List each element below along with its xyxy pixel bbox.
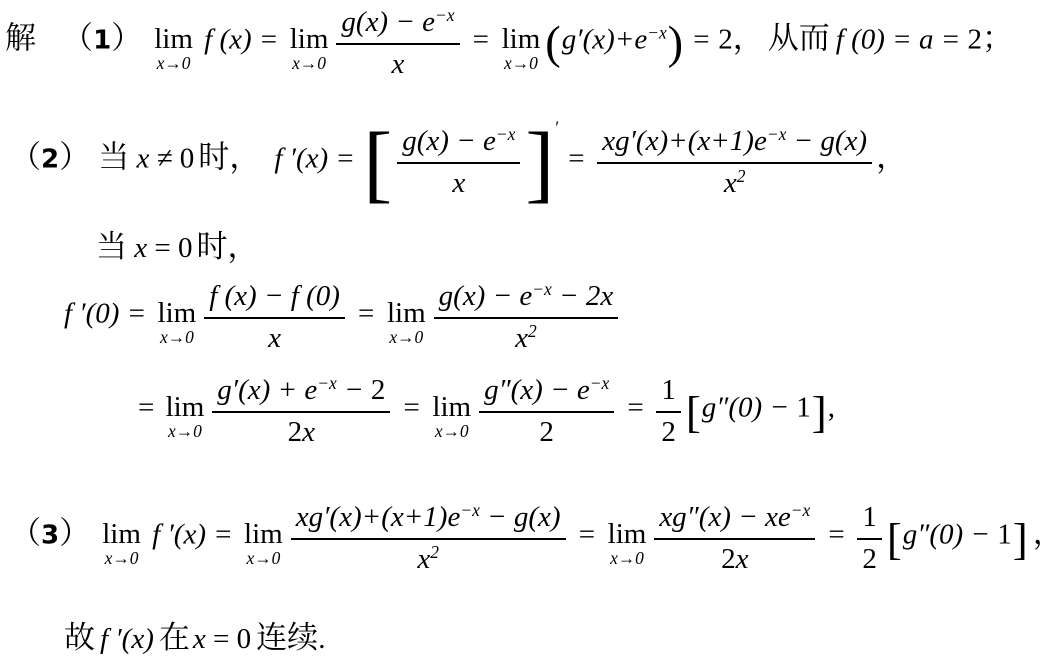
roman-run: 2 <box>968 24 983 56</box>
math-run: g′(x) + e <box>217 374 317 406</box>
math-run: x <box>417 543 430 575</box>
fraction: f (x) − f (0)x <box>204 278 345 355</box>
formula-content: 解（1）limx→0 f (x) = limx→0g(x) − e−xx = l… <box>5 3 1013 80</box>
superscript: −x <box>460 500 479 520</box>
fraction-numerator: g″(x) − e−x <box>479 372 614 413</box>
cjk-text: 时， <box>198 140 260 175</box>
math-run: = <box>394 392 428 424</box>
cjk-text: （ <box>62 21 93 56</box>
cjk-text: 当 <box>96 229 127 264</box>
solution-line-2: （2）当 x ≠ 0时，f ′(x) = [g(x) − e−xx]′ = xg… <box>10 111 907 211</box>
math-run: f (x) = <box>197 24 286 56</box>
superscript: 2 <box>737 166 746 186</box>
math-run: f ′(x) <box>100 623 154 655</box>
formula-content: 故f ′(x)在x = 0连续. <box>64 612 325 657</box>
limit-operator: limx→0 <box>432 394 471 440</box>
fraction-denominator: x2 <box>597 164 872 201</box>
math-run: x <box>724 167 737 199</box>
limit-operator: limx→0 <box>244 521 283 567</box>
math-run: xg′(x)+(x+1)e <box>296 501 461 533</box>
document-page: { "page": { "width": 1060, "height": 665… <box>0 0 1060 665</box>
limit-subscript: x→0 <box>502 54 541 72</box>
math-run: g(x) − e <box>439 280 533 312</box>
limit-operator: limx→0 <box>608 521 647 567</box>
roman-run: 2 <box>371 374 386 406</box>
roman-run: 2 <box>539 416 554 448</box>
superscript: −x <box>532 279 551 299</box>
roman-run: = <box>138 392 162 424</box>
fraction-denominator: 2x <box>212 413 390 450</box>
roman-run: 2 <box>721 543 736 575</box>
limit-subscript: x→0 <box>244 549 283 567</box>
math-run: g′(x)+e <box>562 24 647 56</box>
math-run: x <box>515 322 528 354</box>
cjk-text: ， <box>733 21 764 56</box>
math-run: = <box>559 143 593 175</box>
roman-run: 1 <box>997 519 1012 551</box>
math-run: − g(x) <box>786 125 867 157</box>
math-run: g(x) − e <box>341 6 435 38</box>
fraction: xg″(x) − xe−x2x <box>654 499 815 576</box>
limit-operator: limx→0 <box>166 394 205 440</box>
limit-subscript: x→0 <box>102 549 141 567</box>
math-run: x <box>302 416 315 448</box>
roman-run: 1 <box>661 374 676 406</box>
fraction: g(x) − e−xx <box>336 4 459 81</box>
roman-run: = 0 <box>154 232 192 264</box>
limit-word: lim <box>608 521 647 549</box>
limit-word: lim <box>432 394 471 422</box>
math-run: x <box>736 543 749 575</box>
roman-run: 1 <box>862 501 877 533</box>
cjk-text: 连续 <box>256 620 318 655</box>
fraction: xg′(x)+(x+1)e−x − g(x)x2 <box>291 499 566 576</box>
limit-word: lim <box>290 26 329 54</box>
math-run: x <box>193 623 213 655</box>
roman-run: 2 <box>862 543 877 575</box>
limit-operator: limx→0 <box>502 26 541 72</box>
math-run: x <box>392 48 405 80</box>
fraction-denominator: x2 <box>434 319 619 356</box>
limit-word: lim <box>166 394 205 422</box>
fraction: g(x) − e−xx <box>397 123 520 200</box>
fraction-numerator: xg′(x)+(x+1)e−x − g(x) <box>291 499 566 540</box>
fraction-denominator: x <box>336 45 459 82</box>
math-run: = <box>684 24 718 56</box>
roman-run: 2 <box>718 24 733 56</box>
fraction-denominator: x <box>204 319 345 356</box>
fraction-denominator: 2x <box>654 540 815 577</box>
limit-word: lim <box>102 521 141 549</box>
roman-run: 0 <box>180 143 195 175</box>
limit-operator: limx→0 <box>387 300 426 346</box>
cjk-text: ， <box>876 140 907 175</box>
solution-line-5: = limx→0g′(x) + e−x − 22x = limx→0g″(x) … <box>138 364 835 456</box>
roman-run: 1 <box>796 392 811 424</box>
math-run: xg′(x)+(x+1)e <box>602 125 767 157</box>
math-run: f (0) = a = <box>836 24 968 56</box>
superscript: −x <box>767 124 786 144</box>
math-run: − 2x <box>552 280 613 312</box>
math-run: g(x) − e <box>402 125 496 157</box>
math-run: = <box>570 519 604 551</box>
cjk-text: 在 <box>159 620 190 655</box>
fraction-numerator: xg′(x)+(x+1)e−x − g(x) <box>597 123 872 164</box>
limit-word: lim <box>244 521 283 549</box>
math-run: = <box>618 392 652 424</box>
limit-word: lim <box>158 300 197 328</box>
math-run: x <box>452 167 465 199</box>
roman-run: = 0 <box>213 623 251 655</box>
limit-operator: limx→0 <box>154 26 193 72</box>
solution-line-3: 当 x = 0时， <box>96 222 259 264</box>
math-run: = <box>464 24 498 56</box>
fraction: g′(x) + e−x − 22x <box>212 372 390 449</box>
cjk-text: ） <box>59 140 90 175</box>
roman-run: . <box>318 623 325 655</box>
limit-subscript: x→0 <box>154 54 193 72</box>
fraction-denominator: 2 <box>857 540 882 577</box>
limit-operator: limx→0 <box>290 26 329 72</box>
item-number: 3 <box>41 521 59 551</box>
math-run: x ≠ <box>129 143 180 175</box>
fraction-numerator: 1 <box>656 372 681 413</box>
item-number: 2 <box>41 145 59 175</box>
superscript: −x <box>496 124 515 144</box>
fraction-numerator: xg″(x) − xe−x <box>654 499 815 540</box>
solution-line-1: 解（1）limx→0 f (x) = limx→0g(x) − e−xx = l… <box>5 4 1013 80</box>
fraction-denominator: x <box>397 164 520 201</box>
limit-subscript: x→0 <box>432 422 471 440</box>
fraction: 12 <box>656 372 681 449</box>
math-run: g″(x) − e <box>484 374 590 406</box>
fraction-denominator: x2 <box>291 540 566 577</box>
limit-subscript: x→0 <box>166 422 205 440</box>
roman-run: 2 <box>288 416 303 448</box>
limit-subscript: x→0 <box>290 54 329 72</box>
cjk-text: 从而 <box>768 21 830 56</box>
formula-content: = limx→0g′(x) + e−x − 22x = limx→0g″(x) … <box>138 371 835 448</box>
fraction: g(x) − e−x − 2xx2 <box>434 278 619 355</box>
superscript: −x <box>590 373 609 393</box>
cjk-text: 时， <box>197 229 259 264</box>
formula-content: f ′(0) = limx→0f (x) − f (0)x = limx→0g(… <box>64 277 622 354</box>
math-run: f (x) − f (0) <box>209 280 340 312</box>
math-run: − g(x) <box>480 501 561 533</box>
math-run: = <box>349 298 383 330</box>
math-run: g″(0) − <box>702 392 796 424</box>
fraction-denominator: 2 <box>479 413 614 450</box>
fraction-numerator: g(x) − e−x <box>336 4 459 45</box>
fraction: g″(x) − e−x2 <box>479 372 614 449</box>
math-run: f ′(0) = <box>64 298 154 330</box>
fraction: xg′(x)+(x+1)e−x − g(x)x2 <box>597 123 872 200</box>
math-run: − <box>337 374 371 406</box>
superscript: −x <box>317 373 336 393</box>
fraction-numerator: f (x) − f (0) <box>204 278 345 319</box>
limit-subscript: x→0 <box>158 328 197 346</box>
item-number: 1 <box>93 26 111 56</box>
solution-line-4: f ′(0) = limx→0f (x) − f (0)x = limx→0g(… <box>64 270 622 362</box>
cjk-text: ； <box>982 21 1013 56</box>
cjk-text: ， <box>1033 516 1060 551</box>
roman-run: 2 <box>661 416 676 448</box>
solution-line-7: 故f ′(x)在x = 0连续. <box>64 612 325 656</box>
superscript: −x <box>791 500 810 520</box>
cjk-text: （ <box>10 516 41 551</box>
formula-content: （3）limx→0 f ′(x) = limx→0xg′(x)+(x+1)e−x… <box>10 498 1060 575</box>
superscript: −x <box>435 5 454 25</box>
math-run: x <box>127 232 154 264</box>
formula-content: 当 x = 0时， <box>96 221 259 266</box>
math-run: = <box>819 519 853 551</box>
fraction-denominator: 2 <box>656 413 681 450</box>
formula-content: （2）当 x ≠ 0时，f ′(x) = [g(x) − e−xx]′ = xg… <box>10 122 907 199</box>
math-run: f ′(x) = <box>145 519 240 551</box>
solution-line-6: （3）limx→0 f ′(x) = limx→0xg′(x)+(x+1)e−x… <box>10 490 1060 584</box>
math-run: f ′(x) = <box>274 143 362 175</box>
cjk-text: 故 <box>64 620 95 655</box>
cjk-text: ） <box>111 21 142 56</box>
math-run: x <box>268 322 281 354</box>
cjk-text: 解 <box>5 21 36 56</box>
fraction-numerator: g(x) − e−x <box>397 123 520 164</box>
limit-operator: limx→0 <box>102 521 141 567</box>
limit-subscript: x→0 <box>608 549 647 567</box>
roman-run: , <box>828 392 835 424</box>
prime-superscript: ′ <box>555 118 559 138</box>
math-run: xg″(x) − xe <box>659 501 790 533</box>
superscript: 2 <box>430 542 439 562</box>
limit-operator: limx→0 <box>158 300 197 346</box>
limit-word: lim <box>502 26 541 54</box>
math-run: g″(0) − <box>903 519 997 551</box>
fraction: 12 <box>857 499 882 576</box>
cjk-text: 当 <box>98 140 129 175</box>
cjk-text: （ <box>10 140 41 175</box>
cjk-text: ） <box>59 516 90 551</box>
superscript: 2 <box>528 321 537 341</box>
limit-word: lim <box>154 26 193 54</box>
superscript: −x <box>647 23 666 43</box>
fraction-numerator: g(x) − e−x − 2x <box>434 278 619 319</box>
limit-word: lim <box>387 300 426 328</box>
limit-subscript: x→0 <box>387 328 426 346</box>
fraction-numerator: 1 <box>857 499 882 540</box>
fraction-numerator: g′(x) + e−x − 2 <box>212 372 390 413</box>
